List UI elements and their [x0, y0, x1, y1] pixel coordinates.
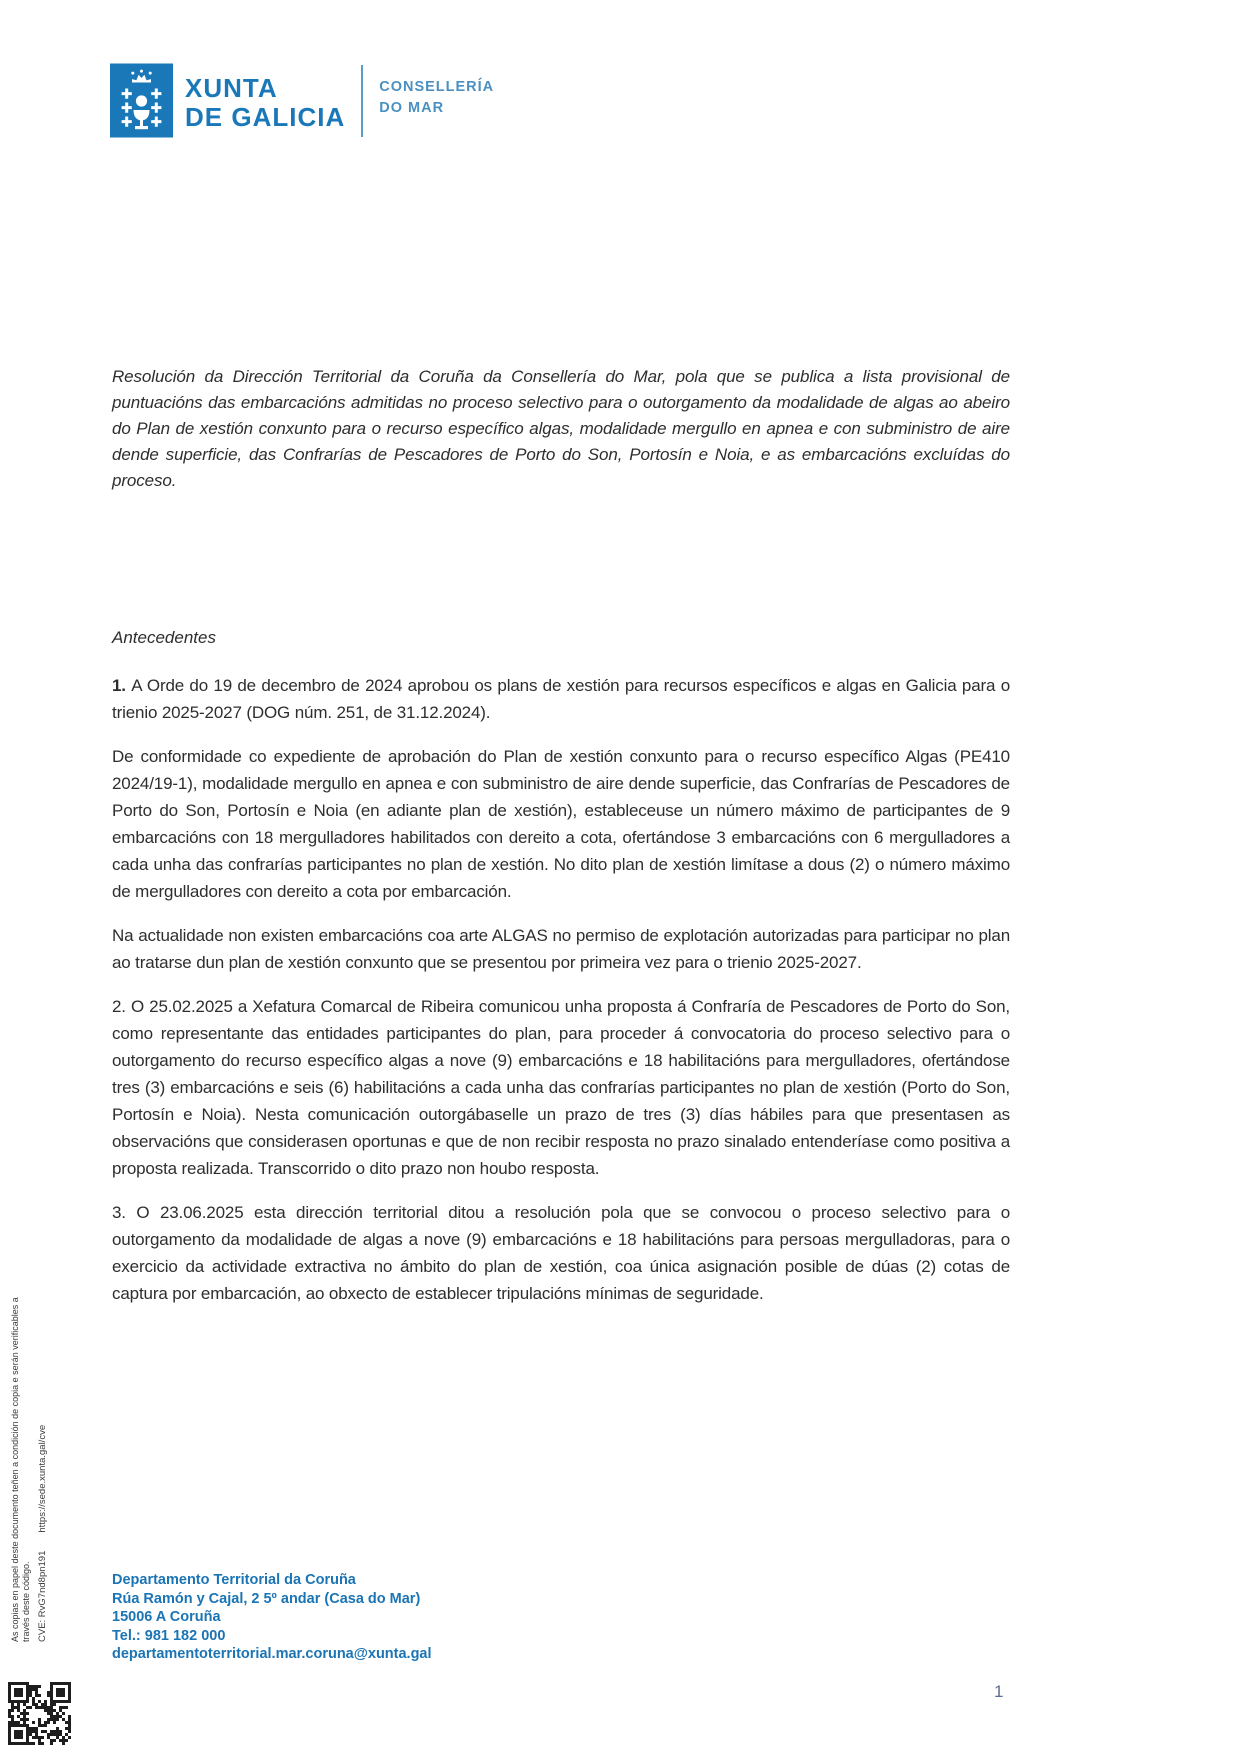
dept-line2: DO MAR	[379, 98, 494, 119]
header: XUNTA DE GALICIA CONSELLERÍA DO MAR	[110, 63, 494, 138]
dept-line1: CONSELLERÍA	[379, 77, 494, 98]
logo-wordmark: XUNTA DE GALICIA	[185, 74, 345, 132]
footer-contact-block: Departamento Territorial da CoruñaRúa Ra…	[112, 1571, 432, 1664]
qr-code	[8, 1682, 71, 1745]
footer-line: Rúa Ramón y Cajal, 2 5º andar (Casa do M…	[112, 1590, 432, 1609]
logo-line2: DE GALICIA	[185, 103, 345, 132]
cve-code: CVE: RvG7nd8pn191	[37, 1551, 48, 1642]
cve-line: CVE: RvG7nd8pn191https://sede.xunta.gal/…	[37, 1277, 49, 1642]
page-number: 1	[994, 1682, 1003, 1702]
paragraph: 3. O 23.06.2025 esta dirección territori…	[112, 1199, 1010, 1307]
logo-line1: XUNTA	[185, 74, 345, 103]
header-divider	[361, 65, 363, 137]
verification-text: As copias en papel deste documento teñen…	[10, 1277, 32, 1642]
document-title: Resolución da Dirección Territorial da C…	[112, 364, 1010, 494]
footer-line: departamentoterritorial.mar.coruna@xunta…	[112, 1645, 432, 1664]
xunta-de-galicia-shield-icon	[110, 63, 173, 138]
paragraph: 1. A Orde do 19 de decembro de 2024 apro…	[112, 672, 1010, 726]
paragraph: De conformidade co expediente de aprobac…	[112, 743, 1010, 905]
conselleria-label: CONSELLERÍA DO MAR	[379, 77, 494, 119]
cve-url: https://sede.xunta.gal/cve	[37, 1425, 48, 1533]
footer-line: 15006 A Coruña	[112, 1608, 432, 1627]
verification-sidebar: As copias en papel deste documento teñen…	[10, 1277, 49, 1642]
paragraph: 2. O 25.02.2025 a Xefatura Comarcal de R…	[112, 993, 1010, 1182]
footer-line: Tel.: 981 182 000	[112, 1627, 432, 1646]
document-page: XUNTA DE GALICIA CONSELLERÍA DO MAR Reso…	[0, 0, 1241, 1754]
section-heading: Antecedentes	[112, 628, 216, 648]
paragraph-number: 1.	[112, 676, 131, 695]
paragraph: Na actualidade non existen embarcacións …	[112, 922, 1010, 976]
paragraph-number: 2.	[112, 997, 131, 1016]
footer-line: Departamento Territorial da Coruña	[112, 1571, 432, 1590]
paragraph-number: 3.	[112, 1203, 136, 1222]
paragraphs: 1. A Orde do 19 de decembro de 2024 apro…	[112, 672, 1010, 1324]
